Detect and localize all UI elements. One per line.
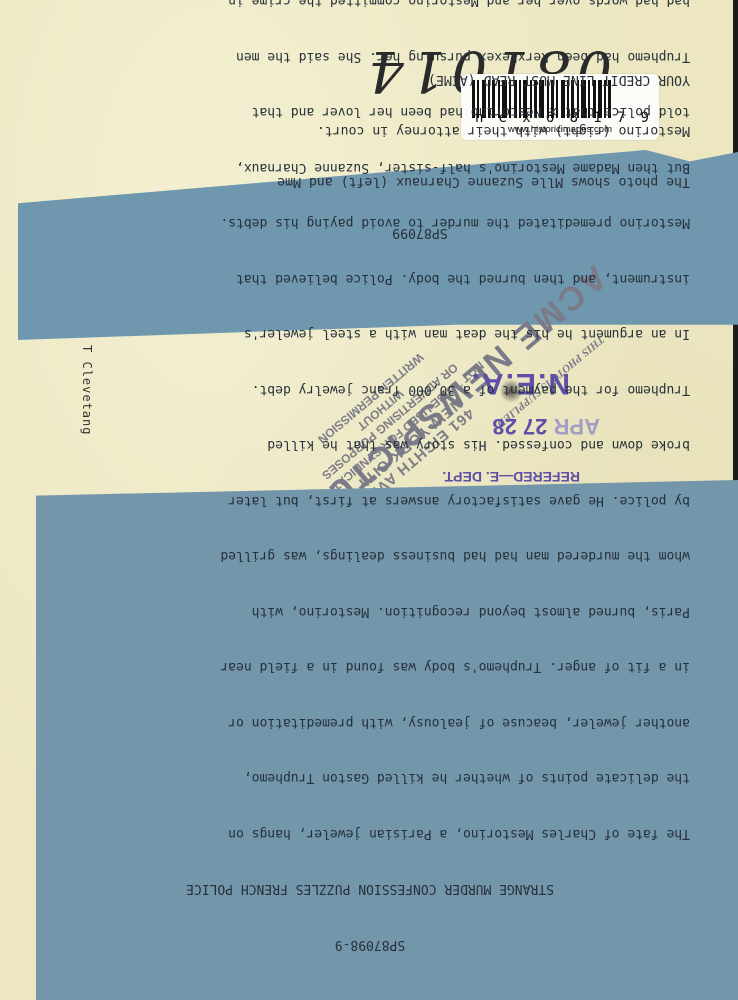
story-line: whom the murdered man had had business d… — [50, 546, 690, 565]
story-text: SP87098-9 STRANGE MURDER CONFESSION PUZZ… — [50, 500, 690, 990]
story-line: had had words over her and Mestorino com… — [50, 0, 690, 10]
story-id: SP87098-9 — [50, 935, 690, 954]
story-line: the delicate points of whether he killed… — [50, 768, 690, 787]
story-line: in a fit of anger. Truphemo's body was f… — [50, 657, 690, 676]
story-line: by police. He gave satisfactory answers … — [50, 491, 690, 510]
story-line: another jeweler, beacuse of jealousy, wi… — [50, 713, 690, 732]
story-line: But then Madame Mestorino's half-sister,… — [50, 158, 690, 177]
story-line: Truphemo for the payment of a 30,000 fra… — [50, 380, 690, 399]
story-line: instrument, and then burned the body. Po… — [50, 269, 690, 288]
story-headline: STRANGE MURDER CONFESSION PUZZLES FRENCH… — [50, 879, 690, 898]
story-line: Mestorino premeditated the murder to avo… — [50, 213, 690, 232]
story-line: The fate of Charles Mestorino, a Parisia… — [50, 824, 690, 843]
story-line: told police that x Mestorino had been he… — [50, 102, 690, 121]
story-line: In an argument he his the deat man with … — [50, 324, 690, 343]
story-line: Paris, burned almost beyond recognition.… — [50, 602, 690, 621]
story-line: Truphemo had been kerxkexex pursuing her… — [50, 47, 690, 66]
story-line: broke down and confessed. His story was … — [50, 435, 690, 454]
